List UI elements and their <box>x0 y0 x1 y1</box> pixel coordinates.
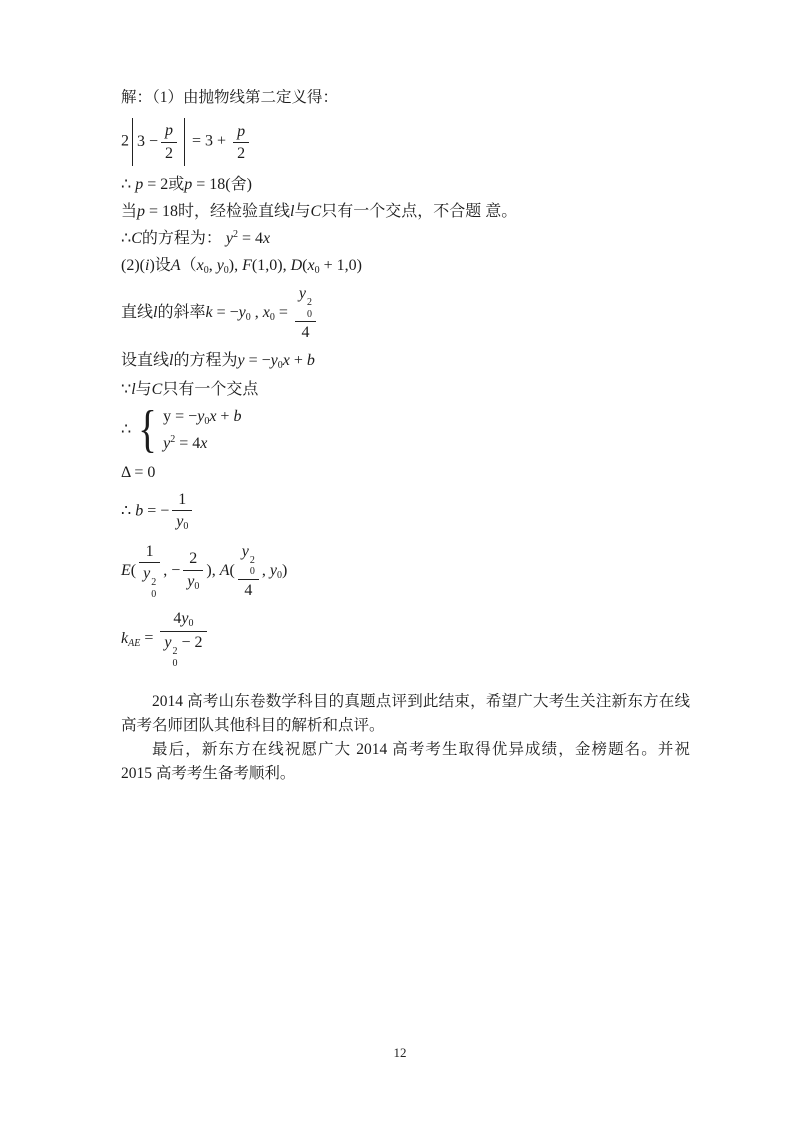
formula-points-e-a: E(1y20, −2y0), A(y204, y0) <box>121 542 690 600</box>
math-numerator: 4y0 <box>160 609 206 632</box>
math-variable: x <box>197 257 204 274</box>
math-variable: y <box>299 285 306 302</box>
math-text: , <box>251 304 263 321</box>
math-fraction: y204 <box>238 542 259 600</box>
math-variable-scripted: x0 <box>263 304 275 321</box>
math-text: 设直线 <box>121 352 169 369</box>
math-script-stack: 20 <box>307 297 312 320</box>
formula-b-value: ∴ b = −1y0 <box>121 490 690 533</box>
math-variable: C <box>152 381 163 398</box>
math-text: 只有一个交点 <box>162 381 258 398</box>
math-variable-scripted: x0 <box>307 257 319 274</box>
math-numerator: y20 <box>238 542 259 580</box>
math-text: 2 <box>237 145 245 162</box>
math-text: Δ = 0 <box>121 464 155 481</box>
math-numerator: p <box>161 121 177 142</box>
formula-absolute-value-equation: 23 − p2 = 3 + p2 <box>121 118 690 165</box>
math-variable: y <box>164 634 171 651</box>
closing-paragraph-1: 2014 高考山东卷数学科目的真题点评到此结束，希望广大考生关注新东方在线高考名… <box>121 690 690 738</box>
math-text: = 18(舍) <box>192 176 252 193</box>
math-text: 当 <box>121 203 137 220</box>
math-variable-scripted: y2 <box>226 230 238 247</box>
math-variable: k <box>205 304 212 321</box>
math-text: = − <box>245 352 271 369</box>
math-fraction: p2 <box>233 122 249 163</box>
math-text: 只有一个交点，不合题 意。 <box>321 203 517 220</box>
math-variable-scripted: y0 <box>187 573 199 590</box>
cases-line: y = −y0x + b <box>163 407 241 429</box>
math-text: 直线 <box>121 304 153 321</box>
math-variable: p <box>137 203 145 220</box>
math-numerator: p <box>233 122 249 143</box>
math-variable: p <box>135 176 143 193</box>
math-text: , <box>209 257 217 274</box>
math-variable-scripted: kAE <box>121 630 140 647</box>
math-variable-scripted: y0 <box>271 352 283 369</box>
math-variable: x <box>263 230 270 247</box>
page-number: 12 <box>0 1045 800 1061</box>
math-text: − 2 <box>177 634 202 651</box>
math-subscript: 0 <box>250 566 255 578</box>
math-fraction: 1y0 <box>172 490 192 533</box>
math-text: 2 <box>165 145 173 162</box>
math-numerator: y20 <box>295 284 316 322</box>
math-text: 1 <box>146 543 154 560</box>
line-p18-check: 当p = 18时，经检验直线l与C只有一个交点，不合题 意。 <box>121 202 690 222</box>
math-variable: x <box>283 352 290 369</box>
line-single-intersection: ∵l与C只有一个交点 <box>121 380 690 400</box>
math-text: ∵ <box>121 381 131 398</box>
math-text: y = − <box>163 408 197 425</box>
math-variable: y <box>143 565 150 582</box>
math-text: 与 <box>295 203 311 220</box>
math-variable: y <box>226 230 233 247</box>
math-subscript: 0 <box>307 309 312 321</box>
math-denominator: y0 <box>183 571 203 593</box>
math-text: ∴ <box>121 502 135 519</box>
math-text: ), <box>229 257 242 274</box>
math-superscript: 2 <box>250 555 255 567</box>
math-variable: C <box>311 203 322 220</box>
math-variable: A <box>171 257 181 274</box>
solution-heading: 解：（1）由抛物线第二定义得： <box>121 88 690 107</box>
cases-line: y2 = 4x <box>163 434 241 454</box>
math-variable: y <box>271 352 278 369</box>
math-variable: A <box>220 562 230 579</box>
math-denominator: y20 <box>139 563 160 600</box>
math-subscript: AE <box>128 638 140 649</box>
math-denominator: 4 <box>238 580 259 600</box>
math-fraction: p2 <box>161 121 177 162</box>
math-variable: p <box>237 123 245 140</box>
math-variable-scripted: y0 <box>270 562 282 579</box>
document-page: 解：（1）由抛物线第二定义得： 23 − p2 = 3 + p2 ∴ p = 2… <box>0 0 800 1131</box>
closing-paragraphs: 2014 高考山东卷数学科目的真题点评到此结束，希望广大考生关注新东方在线高考名… <box>121 690 690 786</box>
math-cases: {y = −y0x + by2 = 4x <box>135 407 241 454</box>
line-discriminant: Δ = 0 <box>121 463 690 483</box>
math-variable: b <box>135 502 143 519</box>
math-text: ∴ <box>121 421 135 438</box>
math-variable-scripted: y20 <box>242 543 255 560</box>
math-fraction: 4y0y20 − 2 <box>160 609 206 669</box>
math-text: ), <box>206 562 219 579</box>
line-line-equation: 设直线l的方程为y = −y0x + b <box>121 351 690 373</box>
math-denominator: 2 <box>161 143 177 163</box>
math-variable-scripted: y20 <box>299 285 312 302</box>
math-variable-scripted: y0 <box>181 610 193 627</box>
math-variable-scripted: y20 <box>164 634 177 651</box>
math-text: （ <box>181 257 197 274</box>
math-variable-scripted: y20 <box>143 565 156 582</box>
math-numerator: 1 <box>172 490 192 511</box>
math-variable: E <box>121 562 131 579</box>
line-points-setup: (2)(i)设A（x0, y0), F(1,0), D(x0 + 1,0) <box>121 256 690 278</box>
math-variable: p <box>165 122 173 139</box>
math-variable: x <box>307 257 314 274</box>
line-slope: 直线l的斜率k = −y0 , x0 = y204 <box>121 284 690 342</box>
formula-slope-ae: kAE = 4y0y20 − 2 <box>121 609 690 669</box>
math-subscript: 0 <box>183 521 188 532</box>
math-text: (2)( <box>121 257 145 274</box>
math-text: , − <box>163 562 180 579</box>
math-subscript: 0 <box>151 589 156 601</box>
solution-content: 解：（1）由抛物线第二定义得： 23 − p2 = 3 + p2 ∴ p = 2… <box>0 0 800 786</box>
math-text: = − <box>143 502 169 519</box>
math-text: + 1,0) <box>320 257 362 274</box>
math-text: 2 <box>121 133 129 150</box>
math-text: ∴ <box>121 230 131 247</box>
math-text: = <box>140 630 157 647</box>
math-variable: b <box>233 408 241 425</box>
math-text: 的方程为 <box>173 352 237 369</box>
math-text: = 3 + <box>188 133 230 150</box>
math-variable: y <box>242 543 249 560</box>
left-brace-icon: { <box>138 407 157 454</box>
math-text: = − <box>213 304 239 321</box>
line-curve-equation: ∴C的方程为： y2 = 4x <box>121 229 690 249</box>
math-text: )设 <box>149 257 170 274</box>
math-text: = 4 <box>175 435 200 452</box>
math-numerator: 1 <box>139 542 160 563</box>
math-text: 4 <box>244 582 252 599</box>
math-text: 1 <box>178 491 186 508</box>
math-text: 3 − <box>137 132 158 152</box>
closing-paragraph-2: 最后，新东方在线祝愿广大 2014 高考考生取得优异成绩，金榜题名。并祝 201… <box>121 738 690 786</box>
math-variable-scripted: y0 <box>239 304 251 321</box>
math-text: ∴ <box>121 176 135 193</box>
math-variable: y <box>217 257 224 274</box>
math-denominator: y0 <box>172 511 192 533</box>
math-variable: F <box>242 257 252 274</box>
line-p-values: ∴ p = 2或p = 18(舍) <box>121 175 690 195</box>
cases-column: y = −y0x + by2 = 4x <box>163 407 241 454</box>
math-denominator: 2 <box>233 143 249 163</box>
math-text: 的斜率 <box>157 304 205 321</box>
math-text: (1,0), <box>252 257 291 274</box>
math-variable-scripted: y0 <box>176 513 188 530</box>
math-variable: y <box>237 352 244 369</box>
math-text: = 18时，经检验直线 <box>145 203 290 220</box>
math-variable: D <box>291 257 303 274</box>
math-text: 2 <box>189 550 197 567</box>
math-variable: x <box>263 304 270 321</box>
math-text: ) <box>282 562 287 579</box>
math-text: ( <box>131 562 136 579</box>
math-fraction: 2y0 <box>183 549 203 592</box>
math-denominator: y20 − 2 <box>160 632 206 669</box>
math-text: + <box>216 408 233 425</box>
math-variable-scripted: x0 <box>197 257 209 274</box>
math-variable-scripted: y0 <box>217 257 229 274</box>
math-text: 与 <box>136 381 152 398</box>
math-fraction: y204 <box>295 284 316 342</box>
math-subscript: 0 <box>194 581 199 592</box>
math-text: = 4 <box>238 230 263 247</box>
math-variable: C <box>131 230 142 247</box>
math-variable-scripted: y2 <box>163 435 175 452</box>
math-text: ( <box>229 562 234 579</box>
math-absolute-value: 3 − p2 <box>132 118 185 165</box>
math-text: 的方程为： <box>142 230 226 247</box>
math-variable: y <box>239 304 246 321</box>
math-text: 4 <box>301 324 309 341</box>
math-variable: x <box>200 435 207 452</box>
math-denominator: 4 <box>295 322 316 342</box>
math-script-stack: 20 <box>250 555 255 578</box>
math-numerator: 2 <box>183 549 203 570</box>
math-variable-scripted: y0 <box>197 408 209 425</box>
math-superscript: 2 <box>151 577 156 589</box>
math-fraction: 1y20 <box>139 542 160 600</box>
math-variable: y <box>270 562 277 579</box>
math-text: + <box>290 352 307 369</box>
math-text: = <box>275 304 292 321</box>
formula-equation-system: ∴ {y = −y0x + by2 = 4x <box>121 407 690 454</box>
math-superscript: 2 <box>307 297 312 309</box>
math-script-stack: 20 <box>151 577 156 600</box>
math-variable: b <box>307 352 315 369</box>
math-subscript: 0 <box>188 618 193 629</box>
math-text: , <box>262 562 270 579</box>
math-text: = 2或 <box>143 176 184 193</box>
math-subscript: 0 <box>172 658 177 670</box>
